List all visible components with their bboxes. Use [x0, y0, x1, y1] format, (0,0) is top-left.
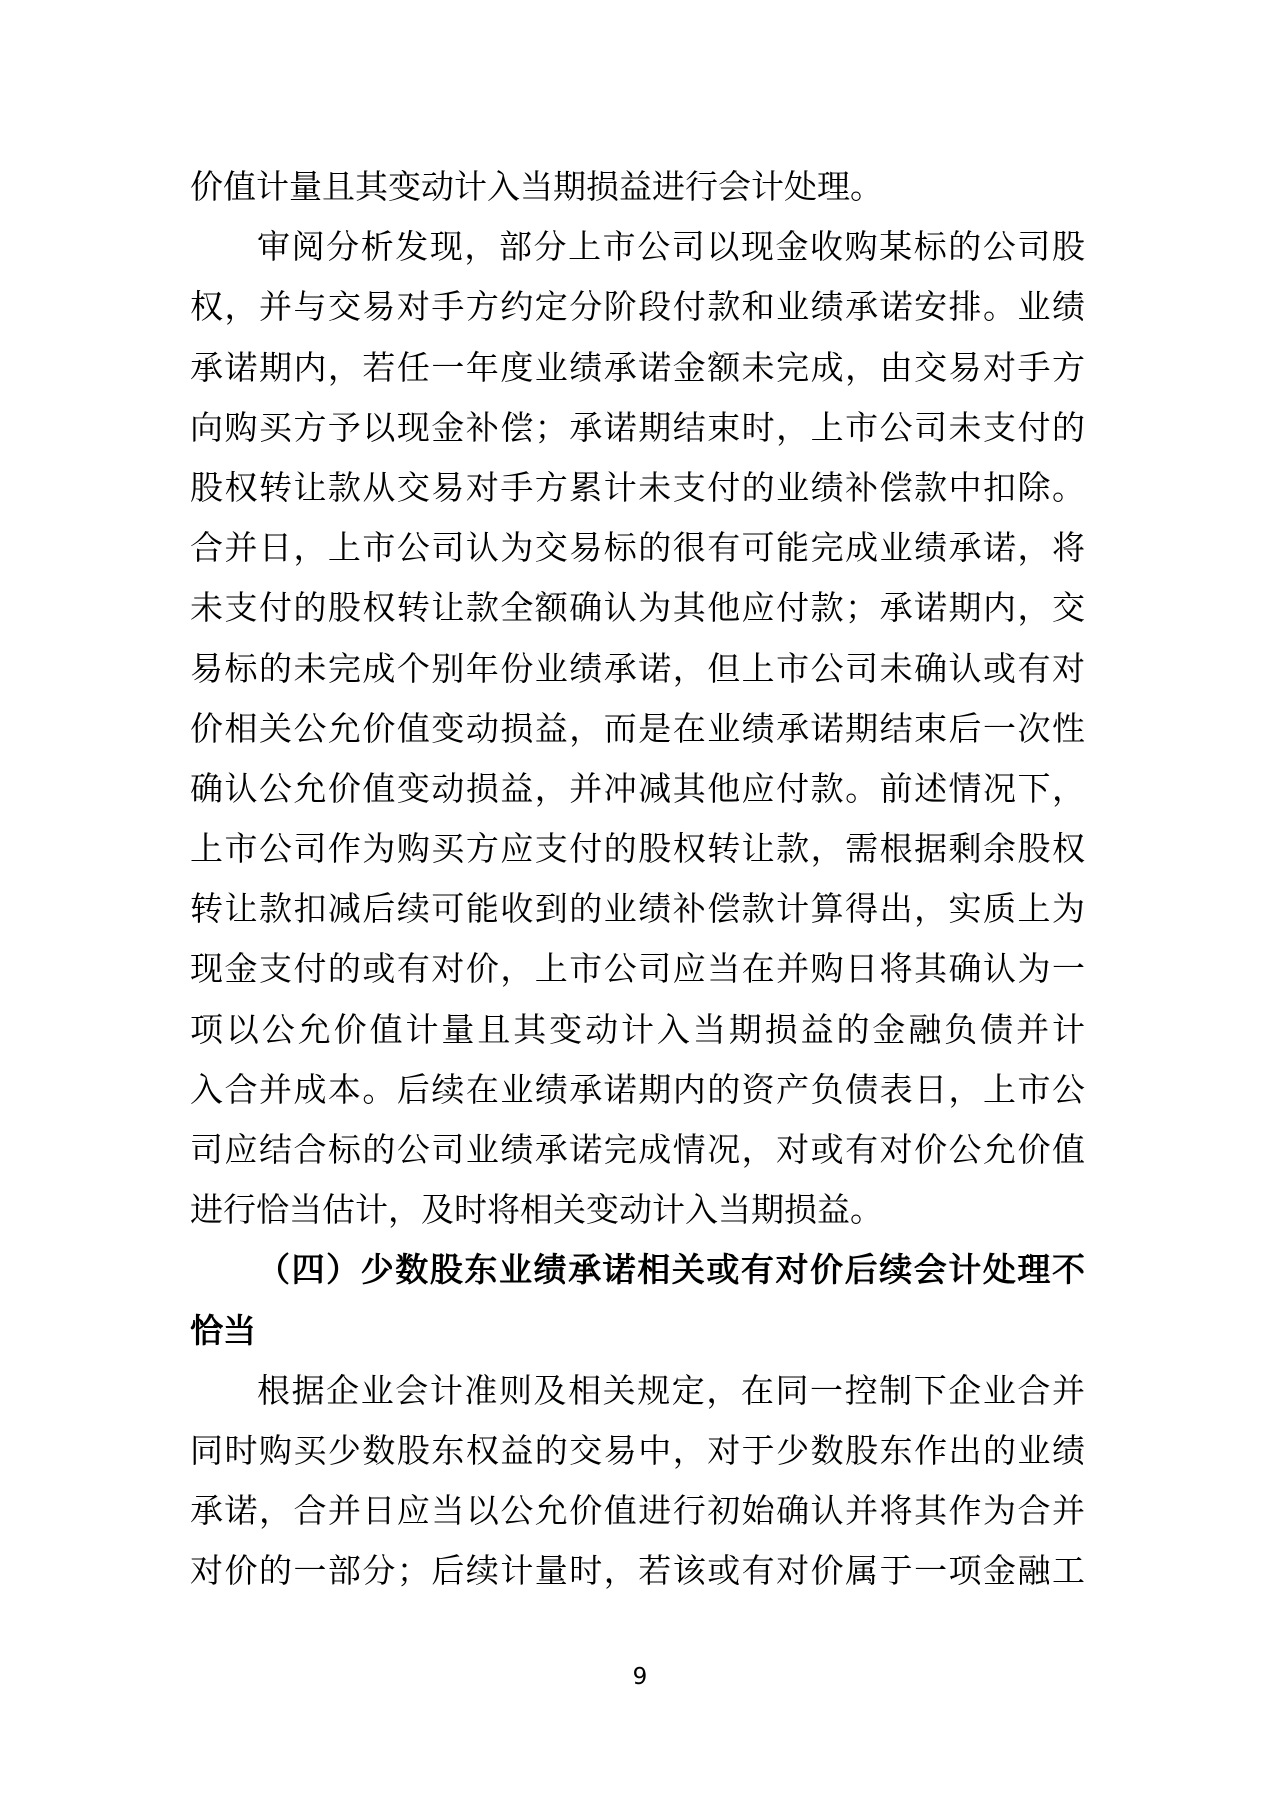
text-line: 向购买方予以现金补偿；承诺期结束时，上市公司未支付的	[190, 399, 1085, 459]
text-line: 审阅分析发现，部分上市公司以现金收购某标的公司股	[190, 218, 1085, 278]
page-footer: 9	[0, 1662, 1280, 1692]
text-line: 权，并与交易对手方约定分阶段付款和业绩承诺安排。业绩	[190, 278, 1085, 338]
text-line: 同时购买少数股东权益的交易中，对于少数股东作出的业绩	[190, 1422, 1085, 1482]
page-number: 9	[633, 1662, 648, 1692]
text-line: 转让款扣减后续可能收到的业绩补偿款计算得出，实质上为	[190, 880, 1085, 940]
text-line: 入合并成本。后续在业绩承诺期内的资产负债表日，上市公	[190, 1061, 1085, 1121]
text-line: 易标的未完成个别年份业绩承诺，但上市公司未确认或有对	[190, 640, 1085, 700]
text-line: 未支付的股权转让款全额确认为其他应付款；承诺期内，交	[190, 579, 1085, 639]
section-heading: （四）少数股东业绩承诺相关或有对价后续会计处理不	[190, 1241, 1085, 1301]
text-line: 承诺期内，若任一年度业绩承诺金额未完成，由交易对手方	[190, 339, 1085, 399]
text-line: 股权转让款从交易对手方累计未支付的业绩补偿款中扣除。	[190, 459, 1085, 519]
text-line: 合并日，上市公司认为交易标的很有可能完成业绩承诺，将	[190, 519, 1085, 579]
text-line: 现金支付的或有对价，上市公司应当在并购日将其确认为一	[190, 940, 1085, 1000]
text-line: 价相关公允价值变动损益，而是在业绩承诺期结束后一次性	[190, 700, 1085, 760]
text-line: 价值计量且其变动计入当期损益进行会计处理。	[190, 158, 1085, 218]
text-line: 确认公允价值变动损益，并冲减其他应付款。前述情况下，	[190, 760, 1085, 820]
text-line: 司应结合标的公司业绩承诺完成情况，对或有对价公允价值	[190, 1121, 1085, 1181]
section-heading-continued: 恰当	[190, 1302, 1085, 1362]
text-line: 承诺，合并日应当以公允价值进行初始确认并将其作为合并	[190, 1482, 1085, 1542]
text-line: 对价的一部分；后续计量时，若该或有对价属于一项金融工	[190, 1542, 1085, 1602]
text-line: 进行恰当估计，及时将相关变动计入当期损益。	[190, 1181, 1085, 1241]
text-line: 上市公司作为购买方应支付的股权转让款，需根据剩余股权	[190, 820, 1085, 880]
document-page: 价值计量且其变动计入当期损益进行会计处理。 审阅分析发现，部分上市公司以现金收购…	[0, 0, 1280, 1810]
text-line: 根据企业会计准则及相关规定，在同一控制下企业合并	[190, 1362, 1085, 1422]
text-line: 项以公允价值计量且其变动计入当期损益的金融负债并计	[190, 1001, 1085, 1061]
document-body: 价值计量且其变动计入当期损益进行会计处理。 审阅分析发现，部分上市公司以现金收购…	[190, 158, 1085, 1603]
